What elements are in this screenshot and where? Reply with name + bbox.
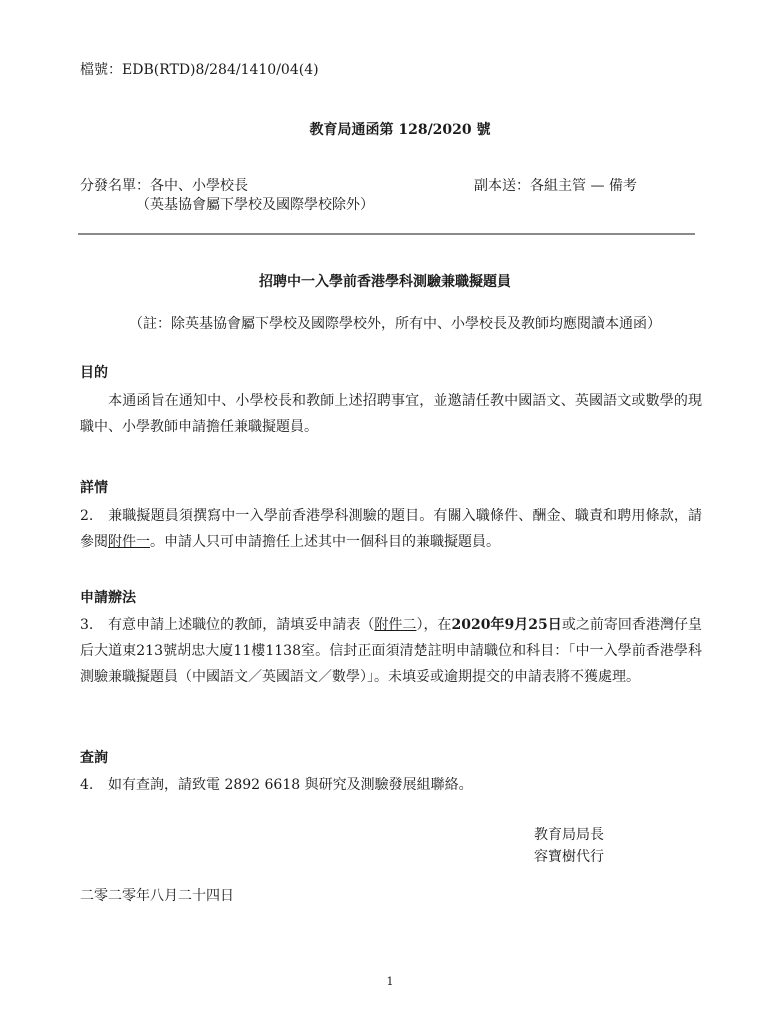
- heading-purpose: 目的: [80, 362, 108, 382]
- distribution-exclusion: （英基協會屬下學校及國際學校除外）: [136, 195, 374, 215]
- heading-application: 申請辦法: [80, 587, 136, 607]
- application-text-2: ），在: [416, 617, 451, 633]
- enquiry-text: 如有查詢，請致電 2892 6618 與研究及測驗發展組聯絡。: [108, 777, 473, 793]
- signatory-title: 教育局局長: [534, 824, 604, 846]
- purpose-text: 本通函旨在通知中、小學校長和教師上述招聘事宜，並邀請任教中國語文、英國語文或數學…: [80, 393, 702, 435]
- deadline-date: 2020年9月25日: [452, 617, 562, 633]
- annex-1-link[interactable]: 附件一: [108, 534, 150, 550]
- circular-title: 教育局通函第 128/2020 號: [0, 119, 770, 139]
- issue-date: 二零二零年八月二十四日: [80, 886, 234, 906]
- annex-2-link[interactable]: 附件二: [374, 617, 416, 633]
- page-number: 1: [0, 975, 770, 988]
- details-text-2: 。申請人只可申請擔任上述其中一個科目的兼職擬題員。: [150, 534, 500, 550]
- paragraph-number: 3.: [80, 612, 108, 638]
- reader-note: （註：除英基協會屬下學校及國際學校外，所有中、小學校長及教師均應閱讀本通函）: [0, 314, 770, 334]
- signatory-name: 容寶樹代行: [534, 846, 604, 868]
- distribution-list: 分發名單：各中、小學校長: [80, 176, 248, 196]
- paragraph-purpose: 本通函旨在通知中、小學校長和教師上述招聘事宜，並邀請任教中國語文、英國語文或數學…: [80, 388, 702, 440]
- divider: [78, 233, 695, 235]
- heading-enquiry: 查詢: [80, 747, 108, 767]
- paragraph-number: 2.: [80, 503, 108, 529]
- heading-details: 詳情: [80, 477, 108, 497]
- subject-title: 招聘中一入學前香港學科測驗兼職擬題員: [0, 271, 770, 291]
- paragraph-enquiry: 4.如有查詢，請致電 2892 6618 與研究及測驗發展組聯絡。: [80, 772, 702, 798]
- paragraph-application: 3.有意申請上述職位的教師，請填妥申請表（附件二），在2020年9月25日或之前…: [80, 612, 702, 690]
- copy-to: 副本送：各組主管 — 備考: [474, 176, 637, 196]
- paragraph-details: 2.兼職擬題員須撰寫中一入學前香港學科測驗的題目。有關入職條件、酬金、職責和聘用…: [80, 503, 702, 555]
- paragraph-number: 4.: [80, 772, 108, 798]
- signature-block: 教育局局長 容寶樹代行: [534, 824, 604, 868]
- file-number: 檔號：EDB(RTD)8/284/1410/04(4): [80, 60, 319, 80]
- application-text-1: 有意申請上述職位的教師，請填妥申請表（: [108, 617, 374, 633]
